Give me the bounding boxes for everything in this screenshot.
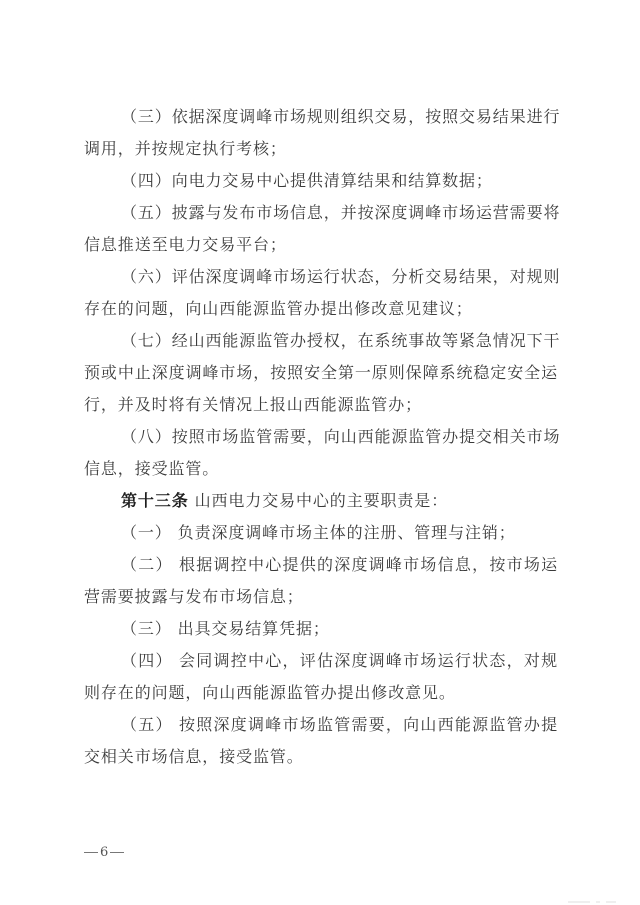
footer-dash-left: [84, 852, 98, 853]
text-line: （七）经山西能源监管办授权，在系统事故等紧急情况下干: [121, 331, 558, 351]
text-line: 预或中止深度调峰市场，按照安全第一原则保障系统稳定安全运: [84, 363, 558, 383]
text-line: 信息推送至电力交易平台；: [84, 235, 558, 255]
text-line: 交相关市场信息，接受监管。: [84, 747, 558, 767]
text-line: 存在的问题，向山西能源监管办提出修改意见建议；: [84, 299, 558, 319]
text-line: （四） 会同调控中心，评估深度调峰市场运行状态，对规: [121, 651, 558, 671]
text-line: （六）评估深度调峰市场运行状态，分析交易结果，对规则: [121, 267, 558, 287]
text-line: 调用，并按规定执行考核；: [84, 139, 558, 159]
text-line: （一） 负责深度调峰市场主体的注册、管理与注销；: [121, 523, 558, 543]
article-heading-line: 第十三条 山西电力交易中心的主要职责是：: [121, 491, 558, 511]
text-line: （三） 出具交易结算凭据；: [121, 619, 558, 639]
text-line: 则存在的问题，向山西能源监管办提出修改意见。: [84, 683, 558, 703]
page-footer: 6: [84, 845, 124, 860]
text-line: 信息，接受监管。: [84, 459, 558, 479]
text-line: 行，并及时将有关情况上报山西能源监管办；: [84, 395, 558, 415]
text-line: 营需要披露与发布市场信息；: [84, 587, 558, 607]
page-number: 6: [100, 845, 108, 860]
text-line: （五）披露与发布市场信息，并按深度调峰市场运营需要将: [121, 203, 558, 223]
footer-dash-right: [110, 852, 124, 853]
text-line: （五） 按照深度调峰市场监管需要，向山西能源监管办提: [121, 715, 558, 735]
article-title: 山西电力交易中心的主要职责是：: [195, 491, 449, 510]
text-line: （四）向电力交易中心提供清算结果和结算数据；: [121, 171, 558, 191]
watermark-mark: [568, 888, 626, 894]
article-number: 第十三条: [121, 491, 189, 510]
text-line: （三）依据深度调峰市场规则组织交易，按照交易结果进行: [121, 107, 558, 127]
text-line: （二） 根据调控中心提供的深度调峰市场信息，按市场运: [121, 555, 558, 575]
text-line: （八）按照市场监管需要，向山西能源监管办提交相关市场: [121, 427, 558, 447]
document-page: （三）依据深度调峰市场规则组织交易，按照交易结果进行调用，并按规定执行考核；（四…: [0, 0, 640, 905]
